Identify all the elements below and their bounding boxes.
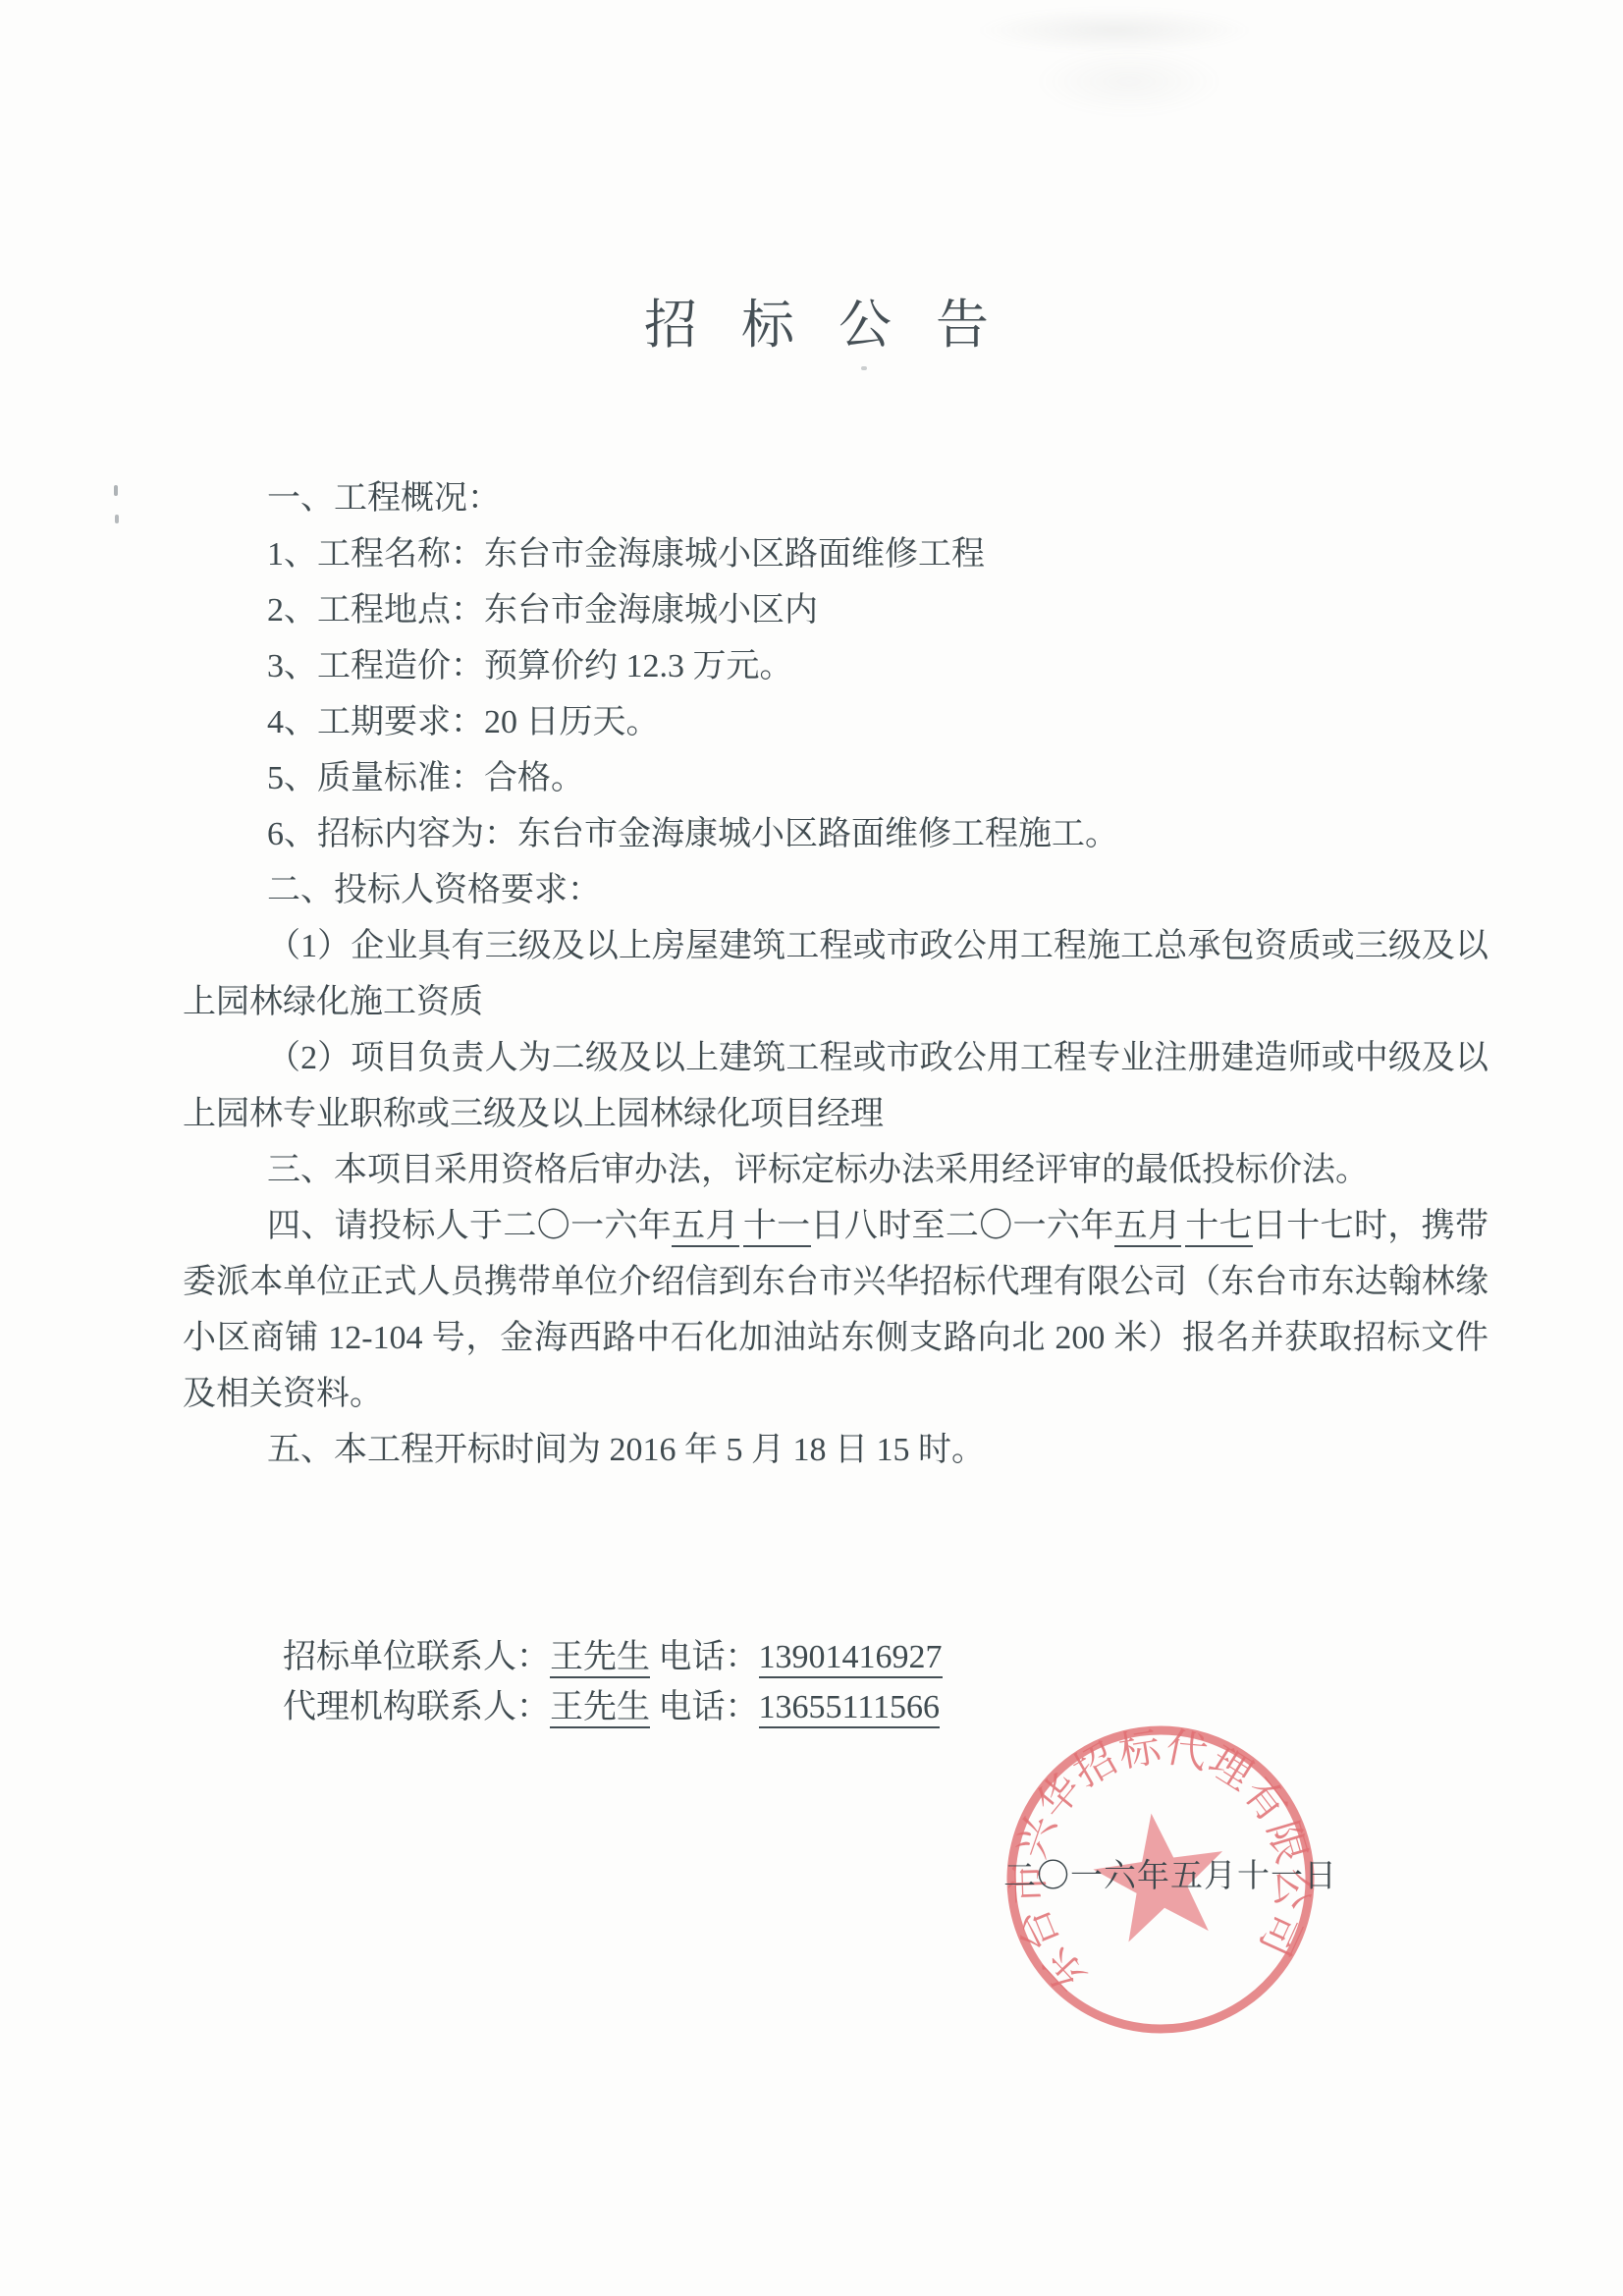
scan-speck	[115, 515, 119, 523]
body-paragraph: 五、本工程开标时间为 2016 年 5 月 18 日 15 时。	[183, 1422, 1488, 1478]
text-segment: 一、工程概况：	[267, 480, 501, 517]
body-paragraph: 1、工程名称：东台市金海康城小区路面维修工程	[183, 526, 1488, 582]
scan-speck	[114, 485, 118, 496]
text-segment: 代理机构联系人：	[283, 1689, 550, 1725]
body-paragraph: 6、招标内容为：东台市金海康城小区路面维修工程施工。	[183, 806, 1488, 862]
text-segment: （1）企业具有三级及以上房屋建筑工程或市政公用工程施工总承包资质或三级及以上园林…	[183, 928, 1488, 1020]
text-segment: 电话：	[650, 1689, 759, 1725]
text-segment: 二、投标人资格要求：	[267, 872, 601, 908]
body-paragraph: 2、工程地点：东台市金海康城小区内	[183, 582, 1488, 638]
text-segment: 2、工程地点：东台市金海康城小区内	[267, 592, 818, 629]
document-paragraphs: 一、工程概况：1、工程名称：东台市金海康城小区路面维修工程2、工程地点：东台市金…	[183, 470, 1488, 1478]
body-paragraph: （2）项目负责人为二级及以上建筑工程或市政公用工程专业注册建造师或中级及以上园林…	[183, 1030, 1488, 1142]
contact-line: 代理机构联系人：王先生 电话：13655111566	[283, 1682, 943, 1732]
underlined-text: 13901416927	[759, 1639, 943, 1678]
text-segment: 招标单位联系人：	[283, 1639, 550, 1675]
body-paragraph: （1）企业具有三级及以上房屋建筑工程或市政公用工程施工总承包资质或三级及以上园林…	[183, 918, 1488, 1030]
scan-smudge	[1036, 47, 1222, 116]
body-paragraph: 二、投标人资格要求：	[183, 862, 1488, 918]
underlined-text: 十七	[1185, 1208, 1253, 1247]
issue-date: 二〇一六年五月十一日	[1003, 1850, 1337, 1896]
text-segment: 3、工程造价：预算价约 12.3 万元。	[267, 648, 793, 684]
text-segment: 5、质量标准：合格。	[267, 760, 584, 796]
underlined-text: 王先生	[550, 1689, 650, 1728]
page-title: 招标公告	[0, 283, 1623, 358]
text-segment: 6、招标内容为：东台市金海康城小区路面维修工程施工。	[267, 816, 1118, 852]
text-segment: 五、本工程开标时间为 2016 年 5 月 18 日 15 时。	[267, 1432, 985, 1468]
text-segment: （2）项目负责人为二级及以上建筑工程或市政公用工程专业注册建造师或中级及以上园林…	[183, 1040, 1488, 1132]
scanned-tender-notice-page: 招标公告 一、工程概况：1、工程名称：东台市金海康城小区路面维修工程2、工程地点…	[0, 0, 1623, 2296]
underlined-text: 13655111566	[759, 1689, 940, 1728]
body-paragraph: 一、工程概况：	[183, 470, 1488, 526]
underlined-text: 五月	[672, 1208, 739, 1247]
text-segment: 日八时至二〇一六年	[811, 1208, 1114, 1244]
underlined-text: 十一	[743, 1208, 811, 1247]
body-paragraph: 四、请投标人于二〇一六年五月十一日八时至二〇一六年五月十七日十七时，携带委派本单…	[183, 1198, 1488, 1422]
body-paragraph: 3、工程造价：预算价约 12.3 万元。	[183, 638, 1488, 694]
text-segment: 四、请投标人于二〇一六年	[267, 1208, 672, 1244]
contact-block: 招标单位联系人：王先生 电话：13901416927代理机构联系人：王先生 电话…	[283, 1632, 943, 1732]
contact-line: 招标单位联系人：王先生 电话：13901416927	[283, 1632, 943, 1682]
scan-speck	[861, 366, 867, 370]
underlined-text: 五月	[1114, 1208, 1182, 1247]
body-paragraph: 4、工期要求：20 日历天。	[183, 694, 1488, 750]
body-paragraph: 5、质量标准：合格。	[183, 750, 1488, 806]
text-segment: 电话：	[650, 1639, 759, 1675]
text-segment: 4、工期要求：20 日历天。	[267, 704, 660, 740]
text-segment: 1、工程名称：东台市金海康城小区路面维修工程	[267, 536, 985, 573]
body-paragraph: 三、本项目采用资格后审办法，评标定标办法采用经评审的最低投标价法。	[183, 1142, 1488, 1198]
scan-smudge	[977, 8, 1252, 53]
underlined-text: 王先生	[550, 1639, 650, 1678]
text-segment: 三、本项目采用资格后审办法，评标定标办法采用经评审的最低投标价法。	[267, 1152, 1369, 1188]
